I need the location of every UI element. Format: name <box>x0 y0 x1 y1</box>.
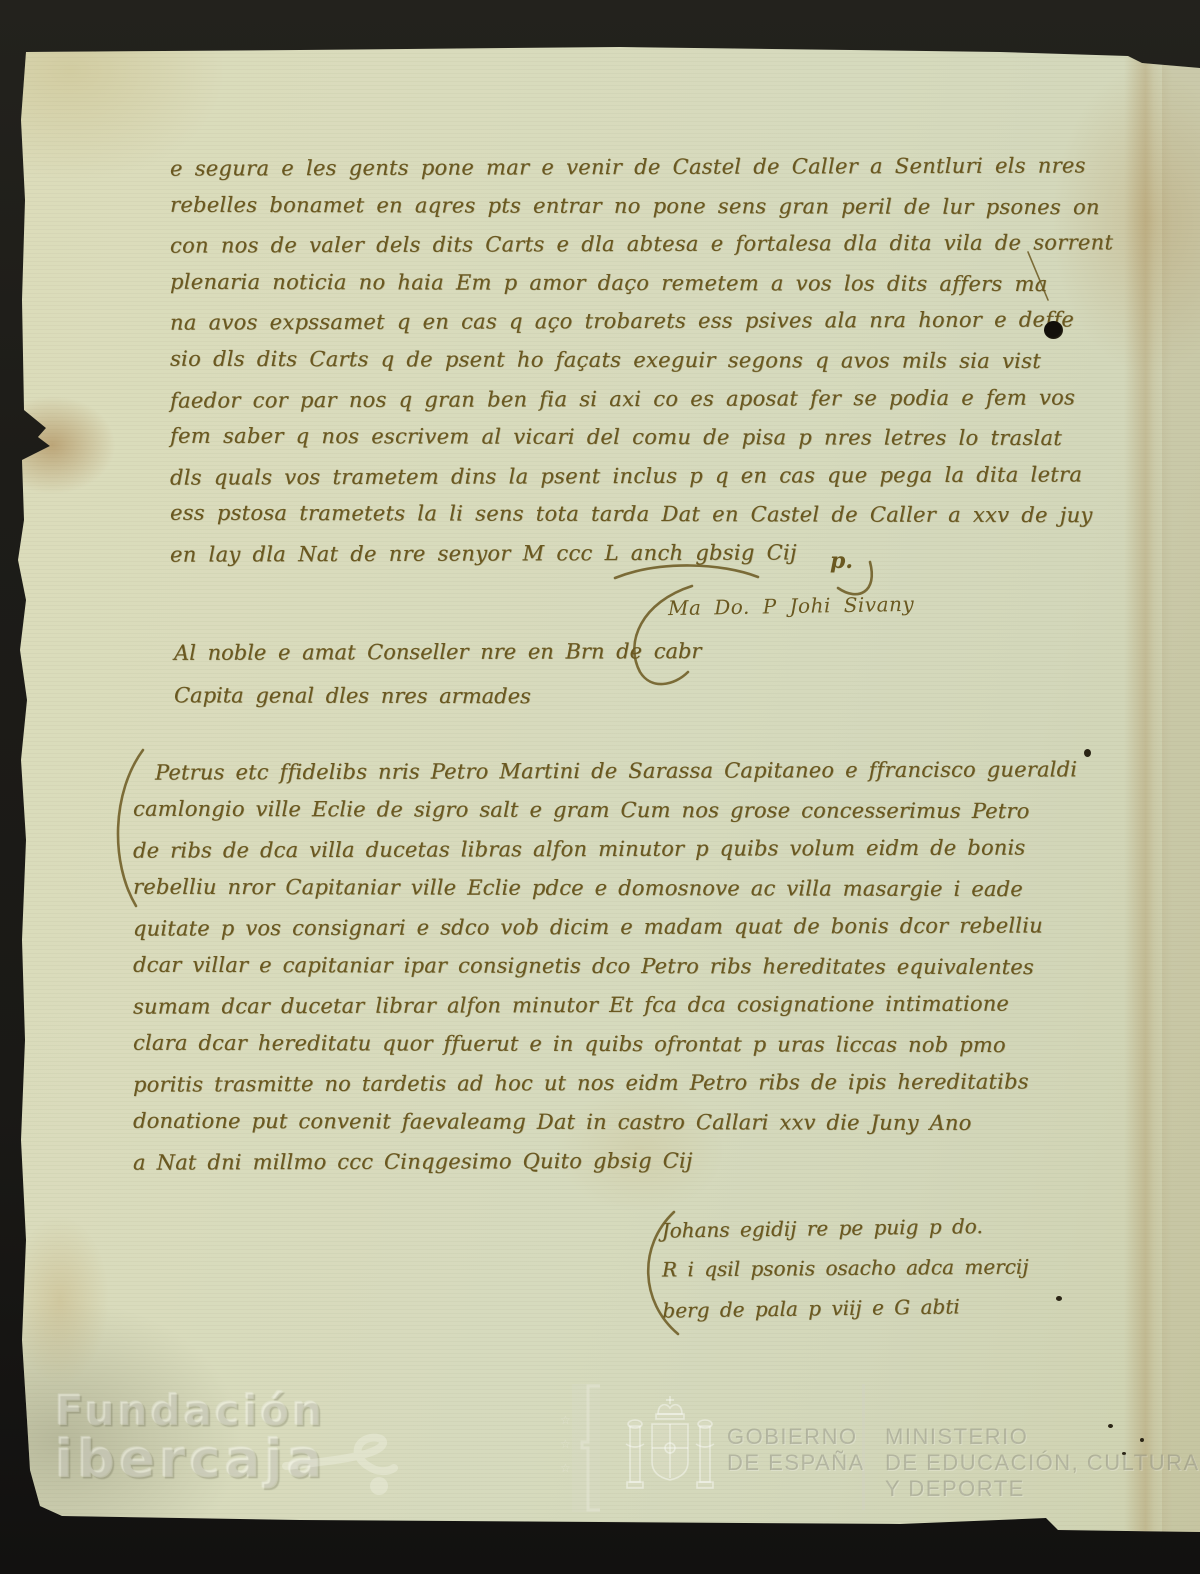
address-line: Al noble e amat Conseller nre en Brn de … <box>174 629 702 675</box>
spain-coat-of-arms-icon <box>620 1392 720 1508</box>
ibercaja-watermark: Fundación ibercaja <box>55 1386 326 1490</box>
manuscript-paragraph-2: Petrus etc ffidelibs nris Petro Martini … <box>133 752 1077 1181</box>
manuscript-text-line: ess pstosa trametets la li sens tota tar… <box>170 494 1113 535</box>
ink-speck <box>1056 1296 1062 1301</box>
manuscript-text-line: dcar villar e capitaniar ipar consigneti… <box>133 946 1077 987</box>
dirt-speck <box>1148 38 1152 42</box>
manuscript-text-line: sumam dcar ducetar librar alfon minutor … <box>133 984 1077 1026</box>
ibercaja-watermark-line1: Fundación <box>55 1386 326 1435</box>
signature-line: Johans egidij re pe puig p do. <box>661 1205 1028 1250</box>
paraph-mark: p. <box>830 548 853 574</box>
svg-text:☆: ☆ <box>560 1413 571 1427</box>
ibercaja-swoosh-icon <box>282 1428 402 1500</box>
chancery-note: Ma Do. P Johi Sivany <box>668 592 915 620</box>
dirt-speck <box>1108 1424 1113 1428</box>
svg-text:☆: ☆ <box>560 1437 571 1451</box>
dirt-speck <box>1122 1452 1126 1455</box>
address-block: Al noble e amat Conseller nre en Brn de … <box>174 630 701 718</box>
scanned-manuscript-photo: { "document": { "kind": "medieval manusc… <box>0 0 1200 1574</box>
watermark-divider <box>862 1384 865 1510</box>
manuscript-text-line: de ribs de dca villa ducetas libras alfo… <box>133 828 1077 870</box>
gobierno-watermark-label: GOBIERNO DE ESPAÑA <box>727 1424 865 1476</box>
manuscript-text-line: clara dcar hereditatu quor ffuerut e in … <box>133 1024 1077 1065</box>
manuscript-text-line: plenaria noticia no haia Em p amor daço … <box>170 263 1113 304</box>
gobierno-line2: DE ESPAÑA <box>727 1450 865 1476</box>
manuscript-text-line: camlongio ville Eclie de sigro salt e gr… <box>133 790 1077 831</box>
manuscript-text-line: donatione put convenit faevaleamg Dat in… <box>133 1102 1077 1143</box>
manuscript-text-line: rebelliu nror Capitaniar ville Eclie pdc… <box>133 868 1077 909</box>
photo-stage: e segura e les gents pone mar e venir de… <box>0 0 1200 1574</box>
manuscript-text-line: na avos expssamet q en cas q aço trobare… <box>170 301 1113 343</box>
gobierno-line1: GOBIERNO <box>727 1424 865 1450</box>
dirt-speck <box>1140 1438 1144 1442</box>
manuscript-text-line: a Nat dni millmo ccc Cinqgesimo Quito gb… <box>133 1140 1077 1182</box>
wormhole <box>1044 321 1063 339</box>
manuscript-page: e segura e les gents pone mar e venir de… <box>0 0 1200 1574</box>
signature-line: R i qsil psonis osacho adca mercij <box>662 1247 1029 1290</box>
manuscript-paragraph-1: e segura e les gents pone mar e venir de… <box>170 148 1113 573</box>
manuscript-text-line: quitate p vos consignari e sdco vob dici… <box>133 906 1077 948</box>
manuscript-text-line: rebelles bonamet en aqres pts entrar no … <box>170 185 1113 226</box>
manuscript-text-line: e segura e les gents pone mar e venir de… <box>170 146 1113 188</box>
stars-bracket-icon: ☆ ☆ ☆ <box>558 1382 604 1514</box>
address-line: Capita genal dles nres armades <box>174 673 702 718</box>
manuscript-text-line: faedor cor par nos q gran ben fia si axi… <box>170 378 1113 420</box>
manuscript-text-line: dls quals vos trametem dins la psent inc… <box>170 455 1113 497</box>
page-fold-right-strip <box>1162 60 1200 1532</box>
svg-text:☆: ☆ <box>560 1461 571 1475</box>
manuscript-text-line: sio dls dits Carts q de psent ho façats … <box>170 340 1113 381</box>
ink-speck <box>1084 749 1091 757</box>
manuscript-text-line: poritis trasmitte no tardetis ad hoc ut … <box>133 1062 1077 1104</box>
manuscript-text-line: fem saber q nos escrivem al vicari del c… <box>170 417 1113 458</box>
manuscript-text-line: en lay dla Nat de nre senyor M ccc L anc… <box>170 532 1113 574</box>
ibercaja-watermark-line2: ibercaja <box>55 1429 326 1490</box>
manuscript-text-line: con nos de valer dels dits Carts e dla a… <box>170 224 1113 266</box>
signature-block: Johans egidij re pe puig p do.R i qsil p… <box>661 1206 1029 1330</box>
signature-line: berg de pala p viij e G abti <box>662 1285 1029 1330</box>
manuscript-text-line: Petrus etc ffidelibs nris Petro Martini … <box>133 750 1077 792</box>
